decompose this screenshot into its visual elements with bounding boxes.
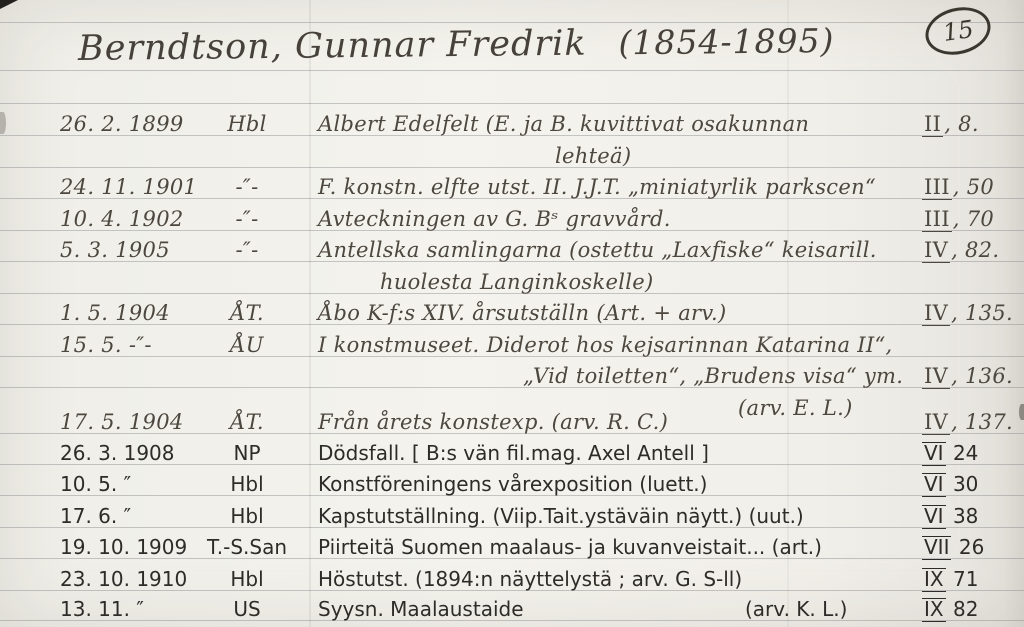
- description-line: „Vid toiletten“, „Brudens visa“ ym.: [523, 361, 903, 393]
- row-description: Antellska samlingarna (ostettu „Laxfiske…: [318, 235, 877, 298]
- row-source: Hbl: [190, 501, 304, 533]
- reference-roman-numeral: III: [922, 176, 952, 200]
- description-line: Från årets konstexp. (arv. R. C.): [318, 407, 668, 439]
- reference-roman-numeral: III: [922, 208, 952, 232]
- row-date: 5. 3. 1905: [60, 235, 170, 267]
- row-date: 10. 4. 1902: [60, 204, 184, 236]
- page-number-circle: 15: [920, 1, 995, 62]
- reference-roman-numeral: IX: [922, 598, 946, 622]
- reference-number: , 136.: [951, 364, 1013, 388]
- row-reference: II, 8.: [922, 109, 979, 141]
- reference-number: , 82.: [951, 238, 999, 262]
- row-source: ÅU: [190, 330, 304, 362]
- row-source: ÅT.: [190, 407, 304, 439]
- description-line: Dödsfall. [ B:s vän fil.mag. Axel Antell…: [318, 438, 709, 470]
- description-line: Avteckningen av G. Bˢ gravvård.: [318, 204, 671, 236]
- row-date: 19. 10. 1909: [60, 532, 187, 564]
- description-line: Syysn. Maalaustaide(arv. K. L.): [318, 594, 524, 626]
- reference-number: 82: [947, 597, 979, 621]
- description-line: Åbo K-f:s XIV. årsutställn (Art. + arv.): [318, 298, 727, 330]
- row-date: 23. 10. 1910: [60, 564, 187, 596]
- row-source: ÅT.: [190, 298, 304, 330]
- description-line: lehteä): [555, 141, 809, 173]
- description-line: Piirteitä Suomen maalaus- ja kuvanveista…: [318, 532, 822, 564]
- description-line: huolesta Langinkoskelle): [380, 267, 877, 299]
- row-date: 17. 5. 1904: [60, 407, 184, 439]
- description-line: F. konstn. elfte utst. II. J.J.T. „minia…: [318, 172, 876, 204]
- row-description: Höstutst. (1894:n näyttelystä ; arv. G. …: [318, 564, 742, 596]
- row-reference: VI 38: [922, 501, 978, 533]
- scan-corner-artifact: [0, 0, 18, 9]
- row-source: Hbl: [190, 109, 304, 141]
- row-description: Avteckningen av G. Bˢ gravvård.: [318, 204, 671, 236]
- row-description: Piirteitä Suomen maalaus- ja kuvanveista…: [318, 532, 822, 564]
- row-reference: VII 26: [922, 532, 984, 564]
- description-line: I konstmuseet. Diderot hos kejsarinnan K…: [318, 330, 903, 362]
- row-source: T.-S.San: [190, 532, 304, 564]
- row-date: 15. 5. -″-: [60, 330, 152, 362]
- reference-number: , 135.: [951, 301, 1013, 325]
- reference-number: , 137.: [951, 410, 1013, 434]
- person-name: Berndtson, Gunnar Fredrik: [78, 24, 587, 69]
- reference-roman-numeral: IX: [922, 568, 946, 592]
- reference-number: 30: [947, 472, 979, 496]
- row-date: 26. 3. 1908: [60, 438, 175, 470]
- description-line: Albert Edelfelt (E. ja B. kuvittivat osa…: [318, 109, 809, 141]
- reference-roman-numeral: VII: [922, 536, 951, 560]
- index-card: Berndtson, Gunnar Fredrik(1854-1895) 15 …: [0, 0, 1024, 627]
- row-description: Syysn. Maalaustaide(arv. K. L.): [318, 594, 524, 626]
- row-note: (arv. K. L.): [745, 594, 847, 626]
- edge-nick: [1019, 404, 1024, 420]
- row-reference: IV, 136.: [922, 361, 1013, 393]
- reference-number: , 8.: [944, 112, 979, 136]
- row-date: 26. 2. 1899: [60, 109, 184, 141]
- row-description: Kapstutställning. (Viip.Tait.ystäväin nä…: [318, 501, 804, 533]
- row-description: Albert Edelfelt (E. ja B. kuvittivat osa…: [318, 109, 809, 172]
- description-line: (arv. E. L.): [738, 393, 903, 425]
- reference-number: , 50: [953, 175, 994, 199]
- description-line: Höstutst. (1894:n näyttelystä ; arv. G. …: [318, 564, 742, 596]
- description-line: Antellska samlingarna (ostettu „Laxfiske…: [318, 235, 877, 267]
- description-line: Konstföreningens vårexposition (luett.): [318, 469, 707, 501]
- ruled-line: [0, 103, 1024, 104]
- edge-smudge: [0, 112, 6, 134]
- row-reference: IX 71: [922, 564, 978, 596]
- life-years: (1854-1895): [618, 21, 834, 62]
- row-date: 13. 11. ″: [60, 594, 144, 626]
- reference-roman-numeral: IV: [922, 411, 950, 435]
- reference-roman-numeral: II: [922, 113, 943, 137]
- reference-number: 26: [952, 535, 984, 559]
- row-reference: IV, 82.: [922, 235, 999, 267]
- reference-roman-numeral: IV: [922, 239, 950, 263]
- reference-roman-numeral: IV: [922, 302, 950, 326]
- reference-roman-numeral: VI: [922, 442, 946, 466]
- row-reference: VI 24: [922, 438, 978, 470]
- row-source: Hbl: [190, 564, 304, 596]
- card-title: Berndtson, Gunnar Fredrik(1854-1895): [78, 18, 835, 78]
- row-description: Åbo K-f:s XIV. årsutställn (Art. + arv.): [318, 298, 727, 330]
- row-description: Från årets konstexp. (arv. R. C.): [318, 407, 668, 439]
- reference-roman-numeral: VI: [922, 505, 946, 529]
- row-source: NP: [190, 438, 304, 470]
- reference-number: 38: [947, 504, 979, 528]
- reference-roman-numeral: VI: [922, 473, 946, 497]
- row-reference: IV, 137.: [922, 407, 1013, 439]
- row-description: Konstföreningens vårexposition (luett.): [318, 469, 707, 501]
- row-source: -″-: [190, 235, 304, 267]
- row-date: 17. 6. ″: [60, 501, 131, 533]
- row-date: 10. 5. ″: [60, 469, 131, 501]
- row-source: -″-: [190, 204, 304, 236]
- reference-roman-numeral: IV: [922, 365, 950, 389]
- row-source: US: [190, 594, 304, 626]
- row-reference: IV, 135.: [922, 298, 1013, 330]
- reference-number: , 70: [953, 207, 994, 231]
- description-line: Kapstutställning. (Viip.Tait.ystäväin nä…: [318, 501, 804, 533]
- row-source: -″-: [190, 172, 304, 204]
- reference-number: 71: [947, 567, 979, 591]
- column-crease: [309, 0, 311, 627]
- row-date: 1. 5. 1904: [60, 298, 170, 330]
- row-description: F. konstn. elfte utst. II. J.J.T. „minia…: [318, 172, 876, 204]
- row-reference: III, 70: [922, 204, 994, 236]
- row-description: Dödsfall. [ B:s vän fil.mag. Axel Antell…: [318, 438, 709, 470]
- row-reference: IX 82: [922, 594, 978, 626]
- row-reference: VI 30: [922, 469, 978, 501]
- row-date: 24. 11. 1901: [60, 172, 197, 204]
- row-source: Hbl: [190, 469, 304, 501]
- row-reference: III, 50: [922, 172, 994, 204]
- page-number: 15: [941, 15, 975, 47]
- reference-number: 24: [947, 441, 979, 465]
